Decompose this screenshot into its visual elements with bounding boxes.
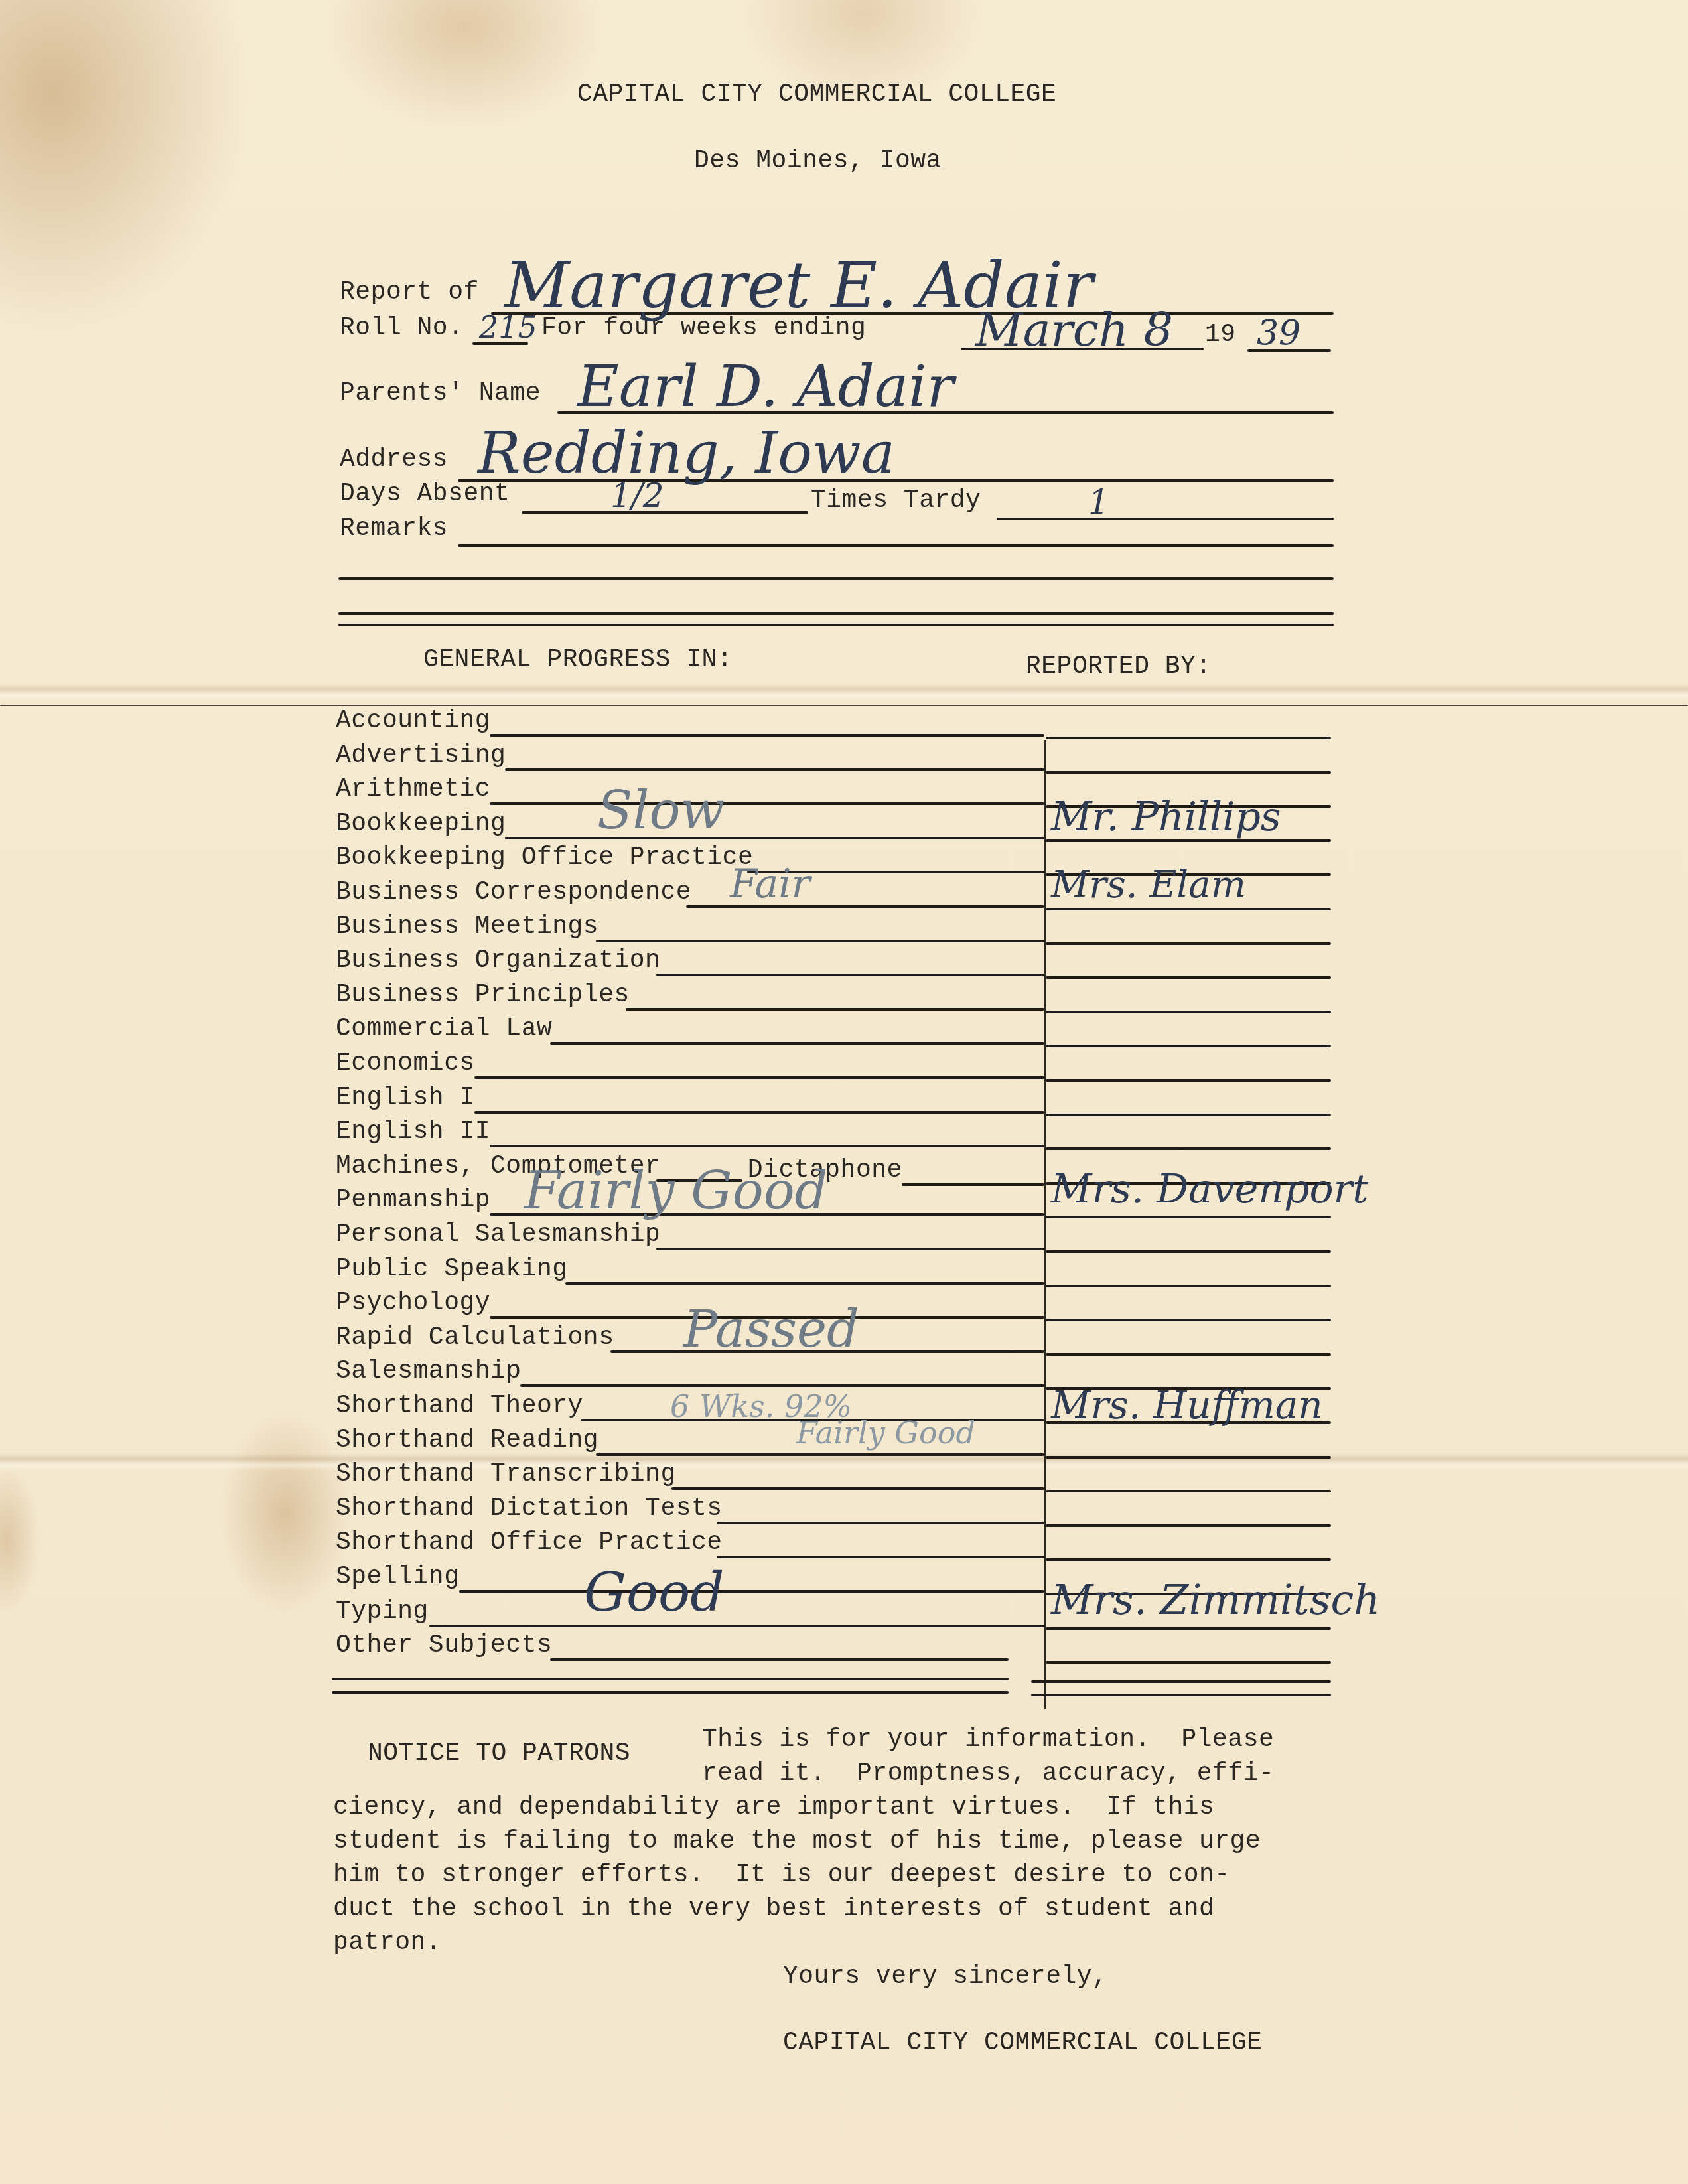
subject-label: Business Meetings bbox=[336, 914, 598, 940]
grade-line[interactable] bbox=[902, 1183, 1044, 1186]
reporter-line[interactable] bbox=[1046, 1627, 1331, 1630]
reporter-line[interactable] bbox=[1046, 1011, 1331, 1013]
roll-no-label: Roll No. bbox=[340, 316, 463, 341]
reporter-value[interactable]: Mrs. Zimmitsch bbox=[1051, 1579, 1380, 1621]
notice-title: NOTICE TO PATRONS bbox=[368, 1741, 630, 1767]
subject-label: Salesmanship bbox=[336, 1359, 522, 1384]
grade-line[interactable] bbox=[626, 1008, 1044, 1011]
grade-line[interactable] bbox=[671, 1487, 1044, 1490]
notice-line: This is for your information. Please bbox=[702, 1723, 1274, 1757]
subject-column-header: GENERAL PROGRESS IN: bbox=[423, 648, 733, 673]
reporter-line[interactable] bbox=[1046, 1456, 1331, 1459]
notice-line: ciency, and dependability are important … bbox=[333, 1790, 1214, 1824]
subject-label: Economics bbox=[336, 1051, 475, 1076]
grade-line[interactable] bbox=[565, 1282, 1044, 1285]
reporter-line[interactable] bbox=[1046, 1661, 1331, 1664]
remarks-line[interactable] bbox=[458, 544, 1334, 547]
remarks-line[interactable] bbox=[338, 577, 1334, 580]
subject-label: Arithmetic bbox=[336, 777, 490, 802]
reporter-line[interactable] bbox=[1046, 1353, 1331, 1356]
paper-fold bbox=[0, 684, 1688, 701]
subject-label: Shorthand Dictation Tests bbox=[336, 1496, 723, 1522]
grade-line[interactable] bbox=[550, 1042, 1044, 1045]
grade-line[interactable] bbox=[490, 1145, 1044, 1147]
subject-label: Shorthand Reading bbox=[336, 1428, 598, 1453]
grade-line[interactable] bbox=[505, 768, 1044, 771]
blank-line[interactable] bbox=[1031, 1694, 1331, 1696]
subject-label: Penmanship bbox=[336, 1188, 490, 1213]
grade-value[interactable]: Good bbox=[584, 1566, 724, 1619]
reporter-line[interactable] bbox=[1046, 1045, 1331, 1047]
notice-line: patron. bbox=[333, 1926, 441, 1960]
reporter-line[interactable] bbox=[1046, 737, 1331, 739]
reporter-value[interactable]: Mrs. Davenport bbox=[1051, 1169, 1368, 1209]
subject-label: English II bbox=[336, 1120, 490, 1145]
grade-value[interactable]: Fair bbox=[730, 864, 810, 904]
subject-label: Typing bbox=[336, 1599, 429, 1625]
reporter-column-header: REPORTED BY: bbox=[1026, 654, 1212, 680]
reporter-line[interactable] bbox=[1046, 1114, 1331, 1116]
report-of-label: Report of bbox=[340, 280, 479, 305]
reporter-value[interactable]: Mrs. Elam bbox=[1051, 867, 1246, 904]
reporter-line[interactable] bbox=[1046, 1490, 1331, 1492]
address-label: Address bbox=[340, 447, 448, 473]
reporter-line[interactable] bbox=[1046, 771, 1331, 774]
subject-label: Rapid Calculations bbox=[336, 1325, 614, 1350]
reporter-line[interactable] bbox=[1046, 1147, 1331, 1150]
blank-line[interactable] bbox=[332, 1691, 1009, 1694]
grade-line[interactable] bbox=[459, 1590, 1044, 1593]
closing-signature: CAPITAL CITY COMMERCIAL COLLEGE bbox=[783, 2031, 1262, 2056]
days-absent-line bbox=[522, 511, 808, 514]
notice-line: student is failing to make the most of h… bbox=[333, 1824, 1261, 1858]
subject-label: Advertising bbox=[336, 743, 506, 768]
subject-label: English I bbox=[336, 1086, 475, 1111]
reporter-line[interactable] bbox=[1046, 1319, 1331, 1321]
parents-name-label: Parents' Name bbox=[340, 381, 541, 406]
reporter-line[interactable] bbox=[1046, 1558, 1331, 1561]
subject-label: Accounting bbox=[336, 709, 490, 734]
grade-line[interactable] bbox=[505, 837, 1044, 839]
remarks-line[interactable] bbox=[338, 612, 1334, 615]
subject-label: Bookkeeping bbox=[336, 812, 506, 837]
grade-value[interactable]: Passed bbox=[683, 1304, 859, 1354]
closing-salutation: Yours very sincerely, bbox=[783, 1964, 1107, 1990]
grade-value[interactable]: Slow bbox=[597, 785, 725, 837]
column-divider bbox=[1044, 740, 1046, 1709]
fold-line bbox=[0, 705, 1688, 706]
parents-name-field[interactable]: Earl D. Adair bbox=[577, 358, 954, 415]
grade-line[interactable] bbox=[490, 802, 1044, 805]
period-field[interactable]: March 8 bbox=[975, 307, 1173, 353]
notice-line: him to stronger efforts. It is our deepe… bbox=[333, 1858, 1230, 1892]
reporter-value[interactable]: Mr. Phillips bbox=[1051, 797, 1281, 837]
reporter-line[interactable] bbox=[1046, 1250, 1331, 1253]
subject-label: Bookkeeping Office Practice bbox=[336, 845, 753, 871]
subject-label: Shorthand Office Practice bbox=[336, 1530, 723, 1556]
grade-line[interactable] bbox=[520, 1384, 1044, 1387]
grade-value[interactable]: Fairly Good bbox=[524, 1165, 828, 1217]
reporter-line[interactable] bbox=[1046, 1079, 1331, 1082]
institution-name: CAPITAL CITY COMMERCIAL COLLEGE bbox=[577, 82, 1056, 108]
reporter-line[interactable] bbox=[1046, 976, 1331, 979]
subject-label: Personal Salesmanship bbox=[336, 1222, 660, 1248]
grade-line[interactable] bbox=[717, 1556, 1044, 1558]
subject-label: Business Organization bbox=[336, 948, 660, 974]
days-absent-field[interactable]: 1/2 bbox=[610, 479, 664, 512]
grade-line[interactable] bbox=[717, 1522, 1044, 1524]
reporter-line[interactable] bbox=[1046, 1216, 1331, 1218]
address-field[interactable]: Redding, Iowa bbox=[478, 425, 895, 482]
subject-label: Public Speaking bbox=[336, 1257, 568, 1282]
reporter-line[interactable] bbox=[1046, 942, 1331, 945]
subject-label: Other Subjects bbox=[336, 1633, 552, 1658]
times-tardy-field[interactable]: 1 bbox=[1088, 486, 1109, 519]
subject-label: Business Principles bbox=[336, 983, 630, 1008]
period-label: For four weeks ending bbox=[541, 316, 866, 341]
blank-line[interactable] bbox=[332, 1678, 1009, 1680]
roll-no-field[interactable]: 215 bbox=[479, 312, 537, 342]
remarks-line[interactable] bbox=[338, 624, 1334, 626]
notice-line: read it. Promptness, accuracy, effi- bbox=[702, 1757, 1274, 1790]
grade-line[interactable] bbox=[490, 734, 1044, 737]
grade-line[interactable] bbox=[656, 1248, 1044, 1250]
reporter-line[interactable] bbox=[1046, 1524, 1331, 1527]
blank-line[interactable] bbox=[1031, 1680, 1331, 1683]
grade-line[interactable] bbox=[550, 1658, 1009, 1661]
year-field[interactable]: 39 bbox=[1257, 316, 1301, 350]
reporter-line[interactable] bbox=[1046, 908, 1331, 910]
reporter-line[interactable] bbox=[1046, 1285, 1331, 1287]
grade-line[interactable] bbox=[596, 1453, 1044, 1456]
subject-label: Commercial Law bbox=[336, 1017, 552, 1042]
grade-line[interactable] bbox=[656, 974, 1044, 976]
subject-label: Spelling bbox=[336, 1565, 459, 1590]
days-absent-label: Days Absent bbox=[340, 482, 510, 507]
subject-label: Psychology bbox=[336, 1291, 490, 1316]
grade-line[interactable] bbox=[596, 940, 1044, 942]
notice-line: duct the school in the very best interes… bbox=[333, 1892, 1214, 1926]
times-tardy-line bbox=[997, 518, 1334, 520]
grade-line[interactable] bbox=[474, 1111, 1044, 1114]
grade-value[interactable]: Fairly Good bbox=[796, 1418, 975, 1448]
institution-location: Des Moines, Iowa bbox=[694, 149, 942, 174]
times-tardy-label: Times Tardy bbox=[811, 488, 981, 514]
subject-label: Business Correspondence bbox=[336, 880, 691, 905]
grade-line[interactable] bbox=[429, 1625, 1044, 1627]
remarks-label: Remarks bbox=[340, 516, 448, 542]
grade-line[interactable] bbox=[474, 1076, 1044, 1079]
year-prefix: 19 bbox=[1205, 323, 1236, 348]
subject-label: Shorthand Theory bbox=[336, 1394, 583, 1419]
subject-label: Shorthand Transcribing bbox=[336, 1462, 676, 1487]
reporter-value[interactable]: Mrs. Huffman bbox=[1051, 1386, 1323, 1424]
